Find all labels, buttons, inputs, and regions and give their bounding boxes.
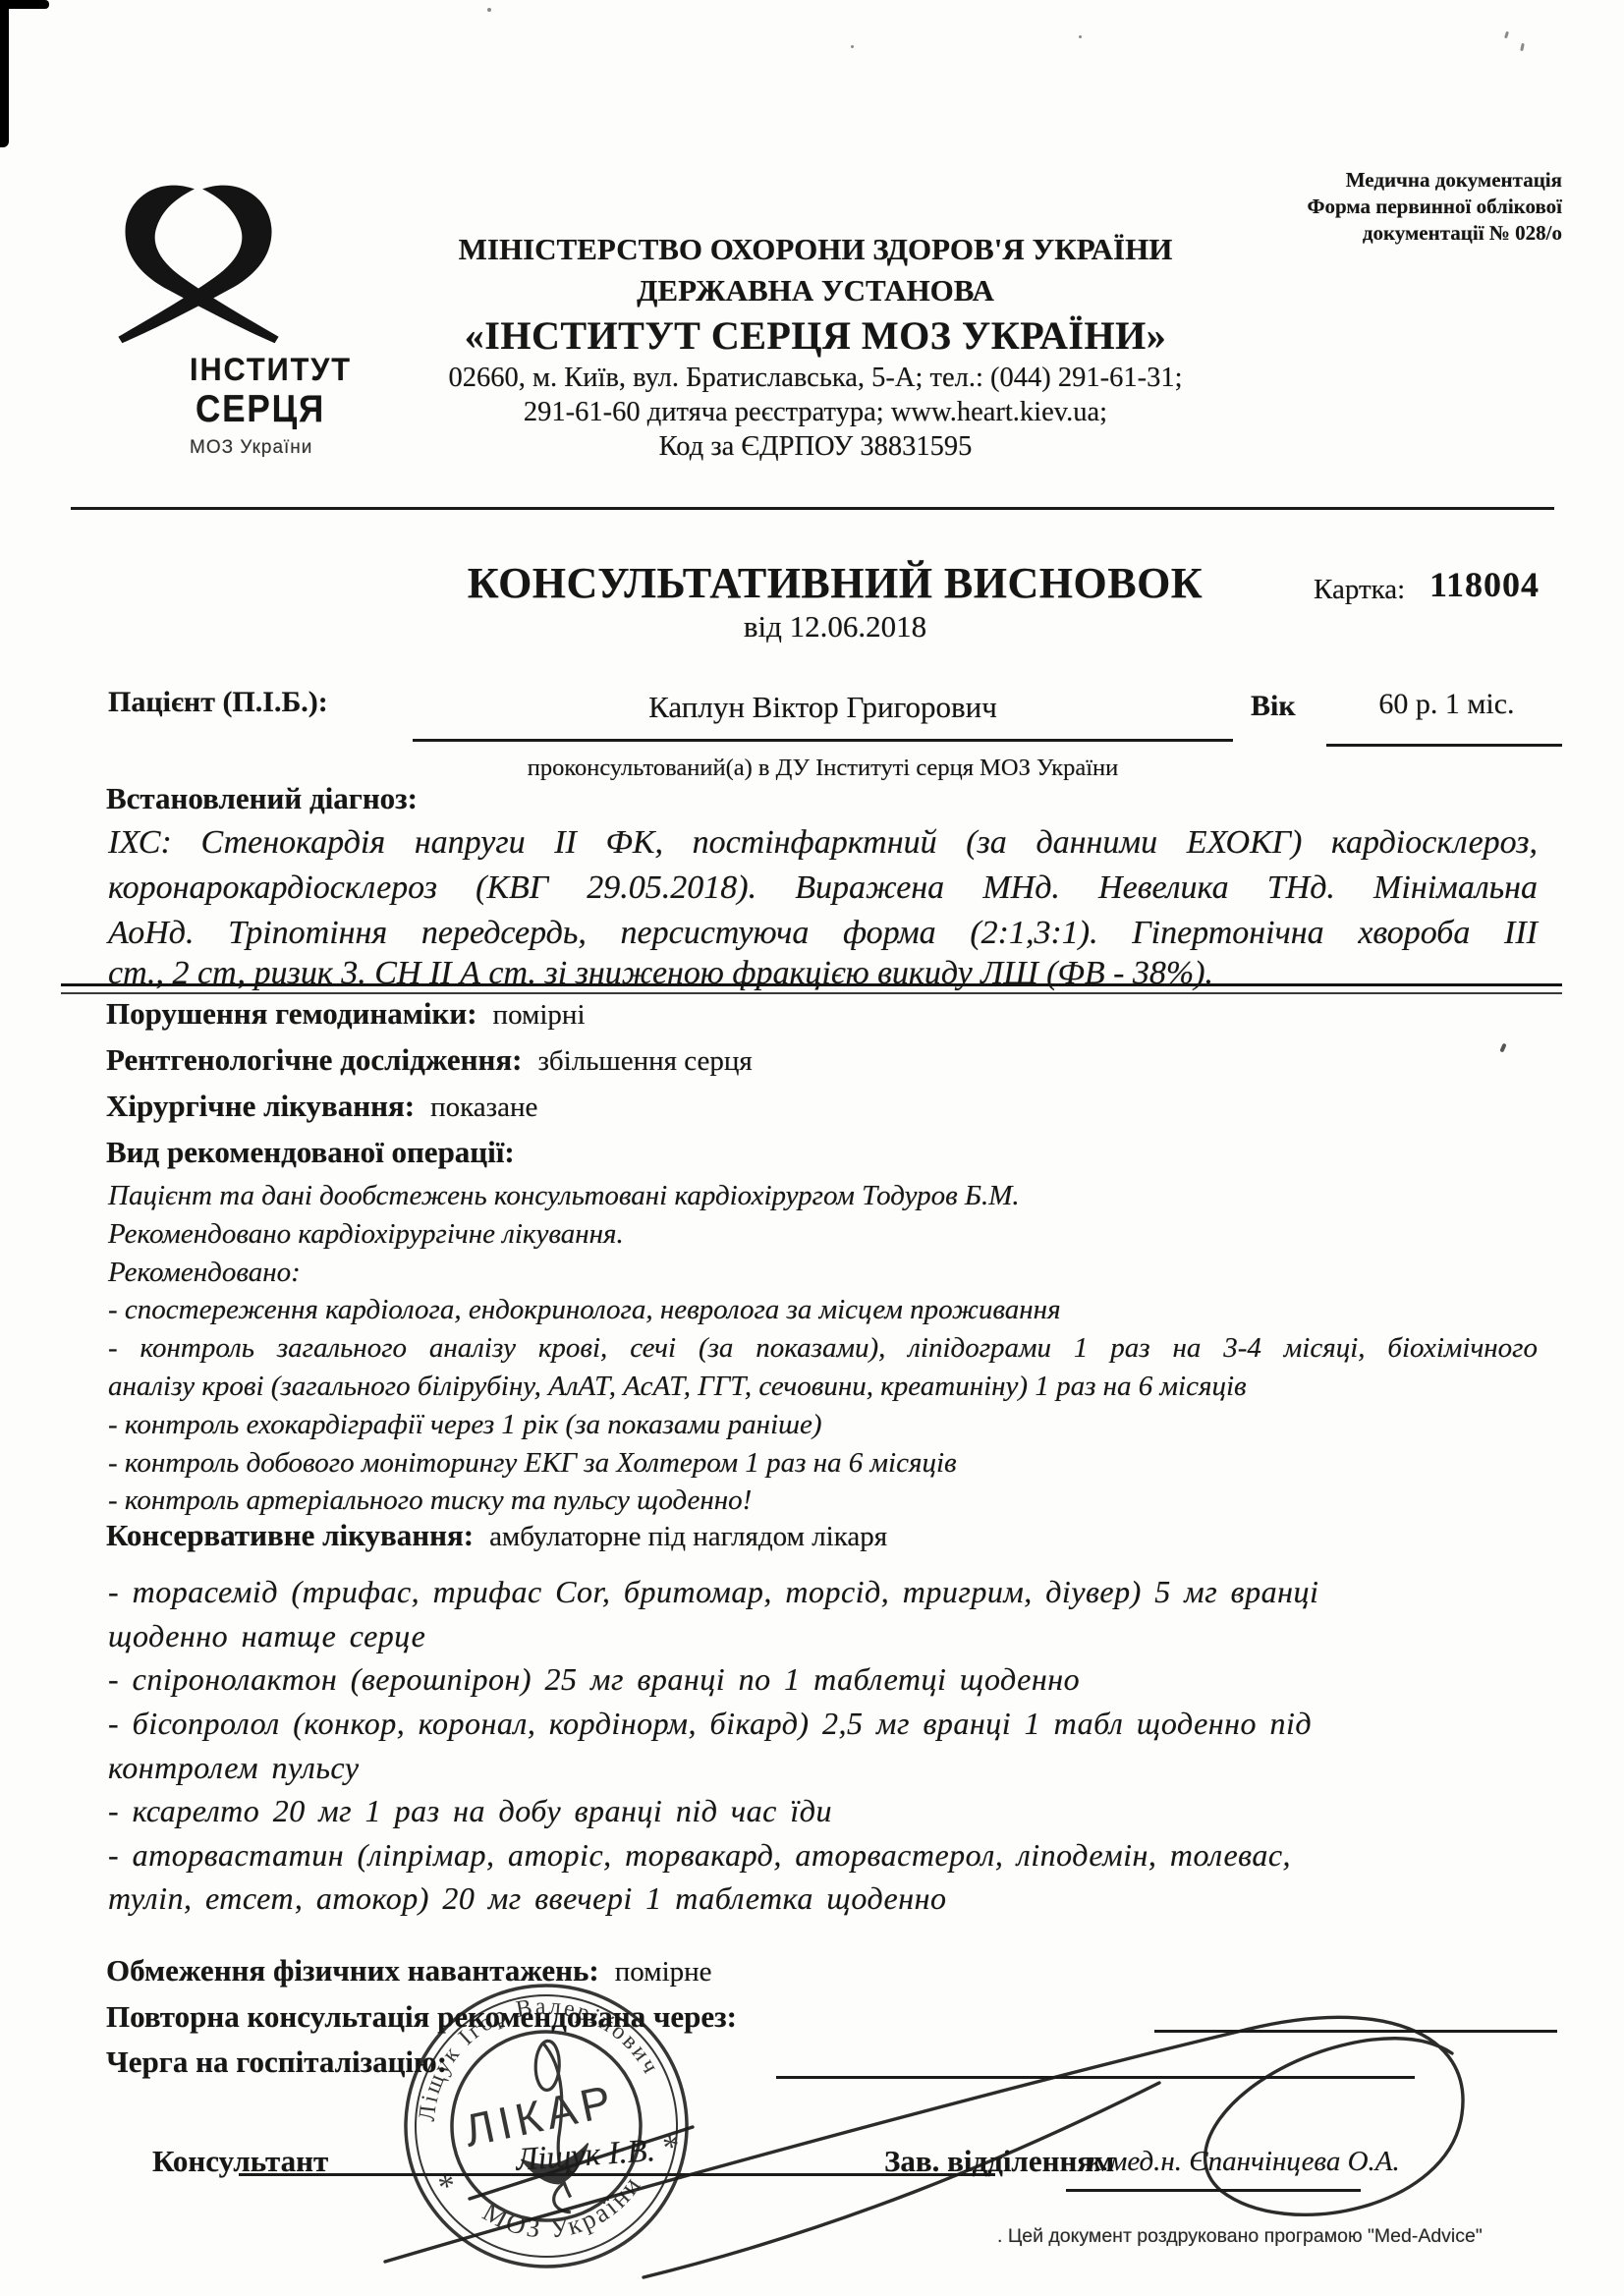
scanned-medical-document: ІНСТИТУТ СЕРЦЯ МОЗ України Медична докум… [0,0,1624,2296]
consultant-signature [0,0,1624,2296]
